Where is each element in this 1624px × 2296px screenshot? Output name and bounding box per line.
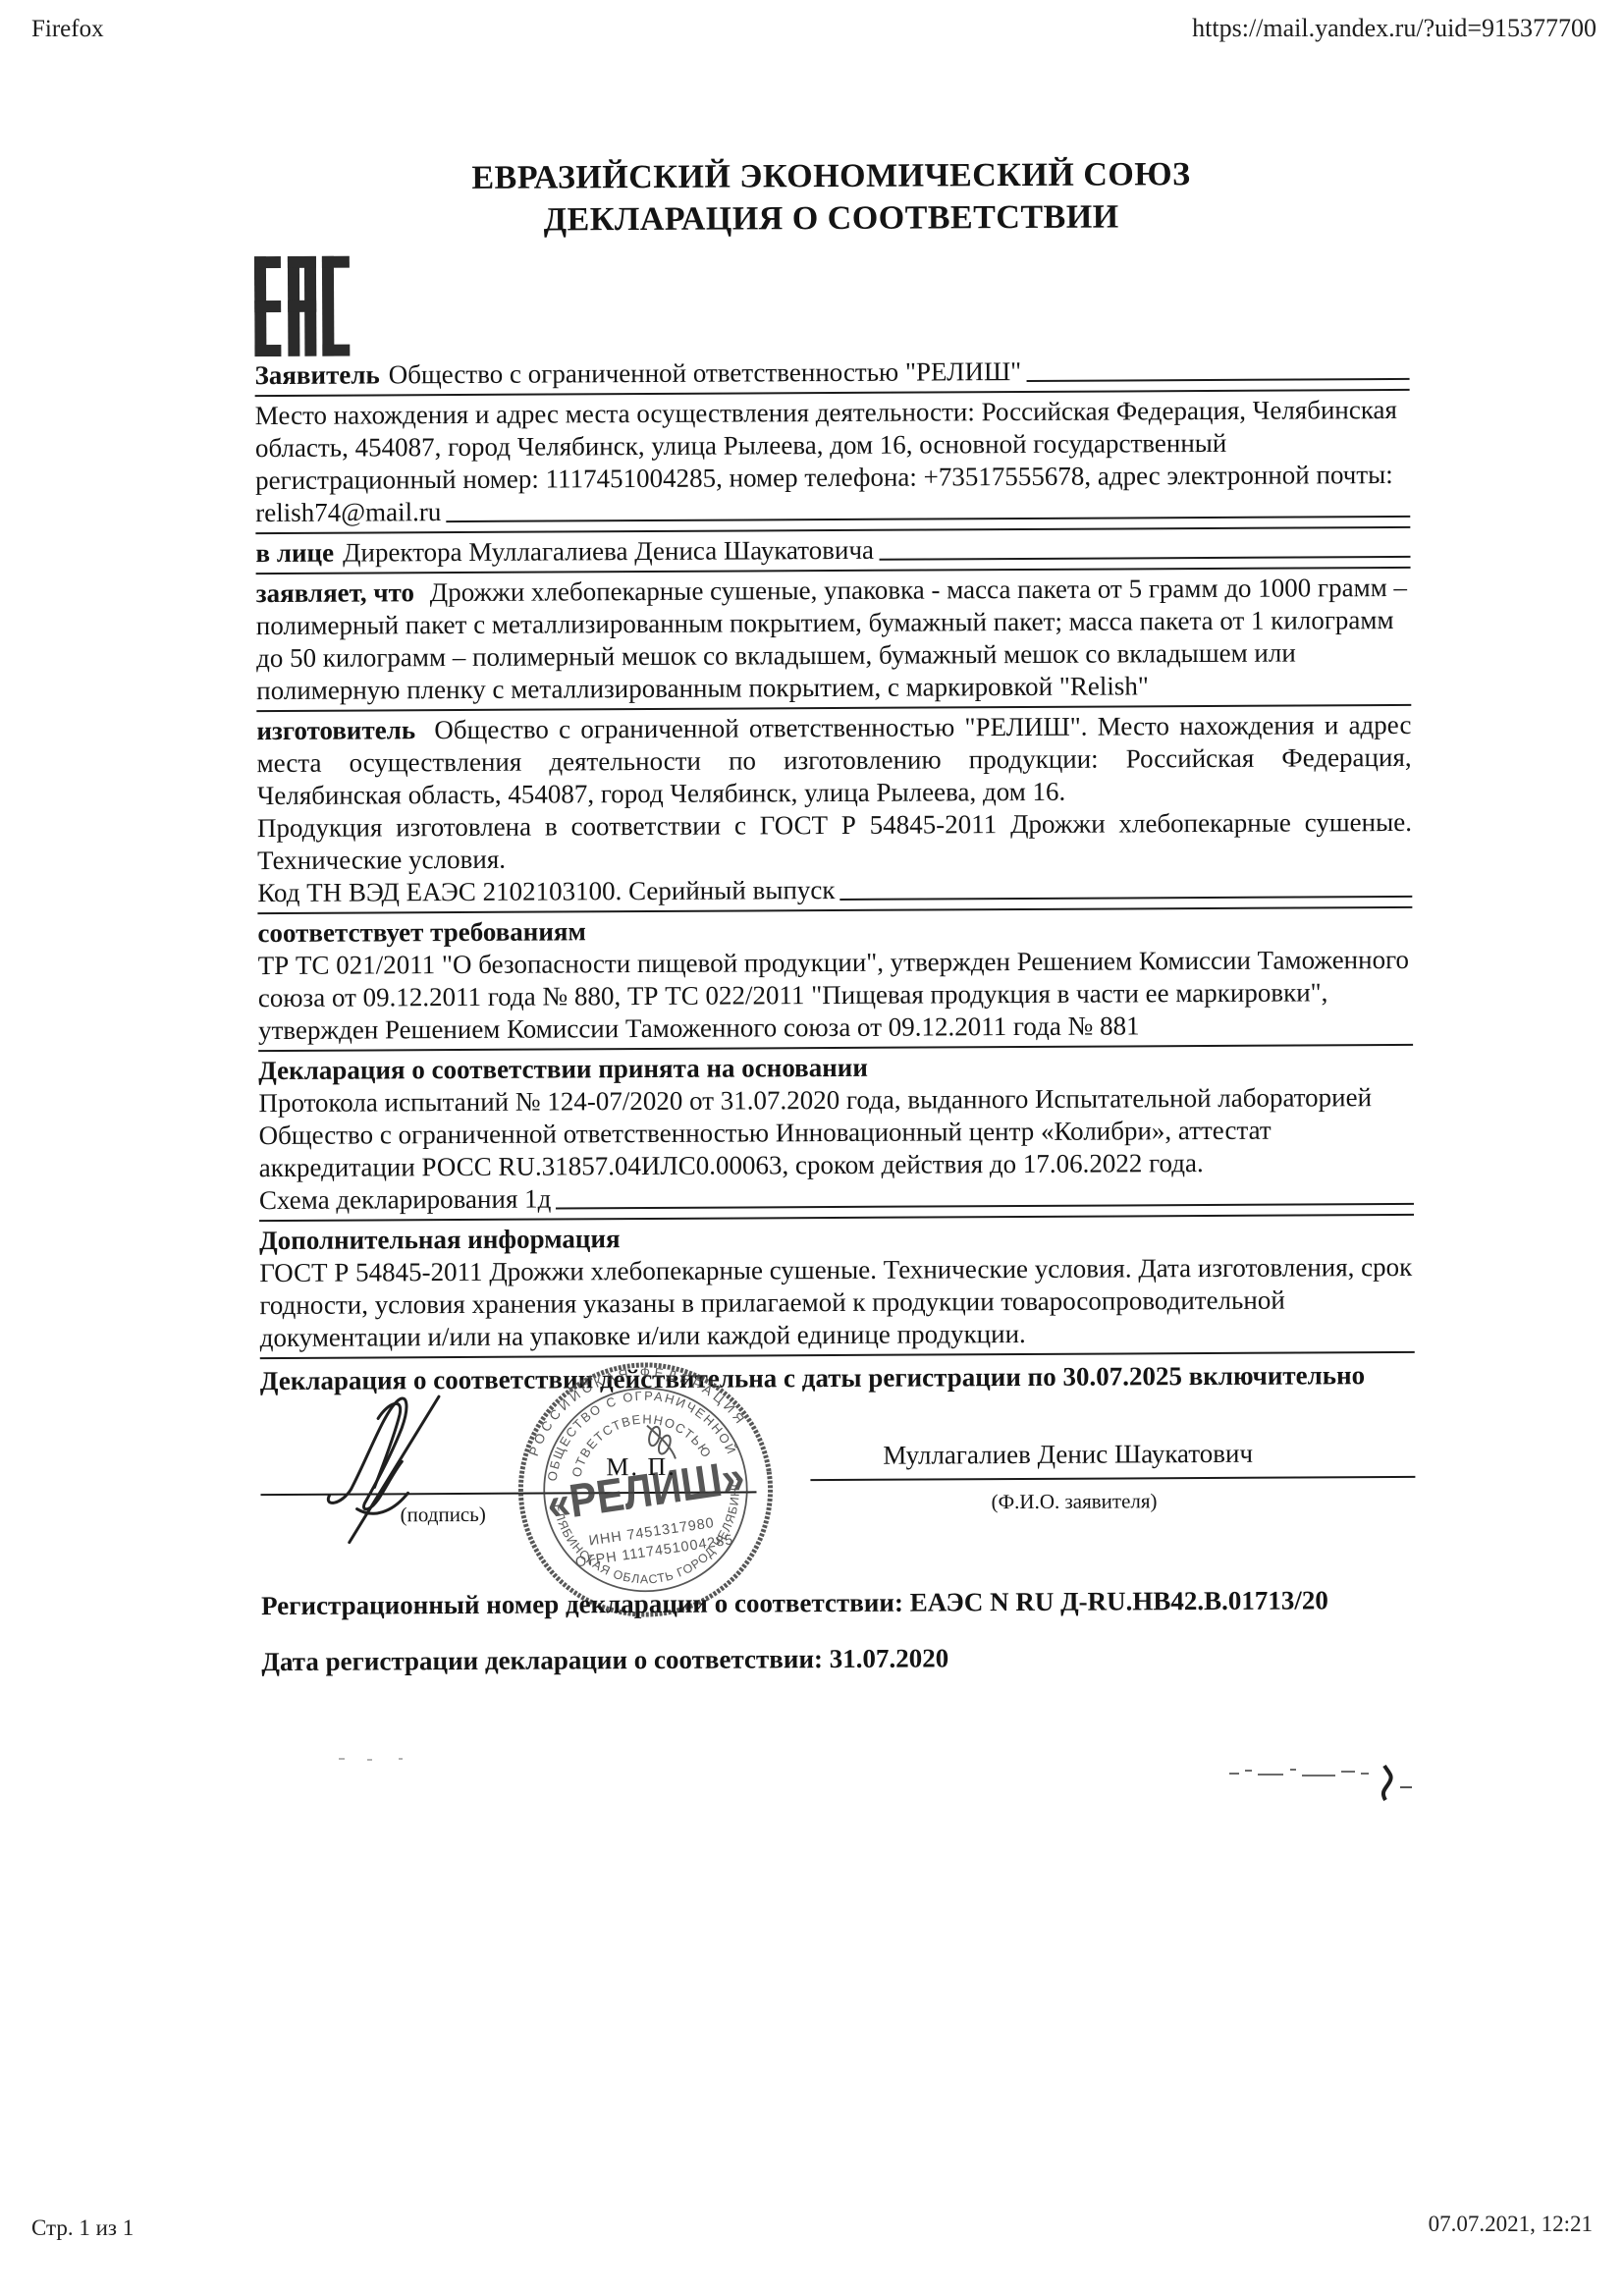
applicant-fio: Муллагалиев Денис Шаукатович [883, 1438, 1253, 1472]
stamp-place-label: М. П. [606, 1450, 677, 1483]
basis-section: Декларация о соответствии принята на осн… [258, 1046, 1414, 1222]
basis-text: Протокола испытаний № 124-07/2020 от 31.… [258, 1081, 1414, 1184]
email-row: relish74@mail.ru [255, 491, 1410, 529]
rule-filler [446, 516, 1410, 522]
in-person-row: в лице Директора Муллагалиева Дениса Шау… [255, 531, 1410, 570]
applicant-section: Заявитель Общество с ограниченной ответс… [254, 351, 1409, 397]
rule-filler [556, 1203, 1414, 1210]
declares-value: Дрожжи хлебопекарные сушеные, упаковка -… [256, 573, 1407, 705]
additional-info-section: Дополнительная информация ГОСТ Р 54845-2… [259, 1216, 1415, 1359]
title-line1: ЕВРАЗИЙСКИЙ ЭКОНОМИЧЕСКИЙ СОЮЗ [253, 152, 1408, 200]
printed-page: { "header": { "app": "Firefox", "url": "… [0, 0, 1624, 2296]
compliance-section: соответствует требованиям ТР ТС 021/2011… [257, 908, 1413, 1052]
fio-line [810, 1476, 1415, 1481]
declares-section: заявляет, что Дрожжи хлебопекарные сушен… [256, 569, 1412, 712]
address-text: Место нахождения и адрес места осуществл… [255, 394, 1411, 497]
scheme-value: Схема декларирования 1д [259, 1183, 552, 1218]
rule-filler [1026, 378, 1409, 382]
scan-artifact-dots [334, 1750, 422, 1773]
tnved-value: Код ТН ВЭД ЕАЭС 2102103100. Серийный вып… [257, 874, 835, 909]
eac-logo-icon [254, 333, 350, 363]
title-line2: ДЕКЛАРАЦИЯ О СООТВЕТСТВИИ [254, 194, 1409, 243]
declaration-document: ЕВРАЗИЙСКИЙ ЭКОНОМИЧЕСКИЙ СОЮЗ ДЕКЛАРАЦИ… [253, 0, 1417, 1678]
in-person-section: в лице Директора Муллагалиева Дениса Шау… [255, 528, 1410, 574]
additional-text: ГОСТ Р 54845-2011 Дрожжи хлебопекарные с… [259, 1251, 1415, 1354]
manufacturer-paragraph: изготовитель Общество с ограниченной отв… [256, 709, 1412, 812]
registration-number: Регистрационный номер декларации о соотв… [261, 1584, 1416, 1622]
in-person-label: в лице [255, 537, 334, 570]
manufacturer-label: изготовитель [256, 715, 415, 745]
scan-artifact-scribble [1225, 1758, 1436, 1814]
signature-area: (подпись) РОССИЙСКАЯ ФЕДЕРАЦИЯ ОБЩЕСТВО … [260, 1397, 1416, 1572]
print-footer-datetime: 07.07.2021, 12:21 [1429, 2212, 1593, 2237]
registration-date: Дата регистрации декларации о соответств… [261, 1640, 1416, 1678]
manufacturer-value: Общество с ограниченной ответственностью… [257, 710, 1412, 810]
declares-label: заявляет, что [256, 577, 414, 608]
complies-text: ТР ТС 021/2011 "О безопасности пищевой п… [258, 944, 1414, 1047]
in-person-value: Директора Муллагалиева Дениса Шаукатович… [343, 534, 874, 570]
applicant-value: Общество с ограниченной ответственностью… [389, 355, 1022, 391]
address-section: Место нахождения и адрес места осуществл… [255, 391, 1411, 534]
rule-filler [879, 556, 1410, 561]
production-gost-text: Продукция изготовлена в соответствии с Г… [257, 806, 1412, 877]
print-footer-page-info: Стр. 1 из 1 [31, 2215, 134, 2241]
tnved-row: Код ТН ВЭД ЕАЭС 2102103100. Серийный вып… [257, 871, 1412, 909]
declares-paragraph: заявляет, что Дрожжи хлебопекарные сушен… [256, 572, 1412, 707]
handwritten-signature-icon [321, 1393, 469, 1558]
rule-filler [840, 896, 1413, 901]
document-title: ЕВРАЗИЙСКИЙ ЭКОНОМИЧЕСКИЙ СОЮЗ ДЕКЛАРАЦИ… [253, 152, 1408, 243]
email-value: relish74@mail.ru [255, 496, 441, 529]
scheme-row: Схема декларирования 1д [259, 1178, 1414, 1217]
manufacturer-section: изготовитель Общество с ограниченной отв… [256, 706, 1412, 914]
print-header-app: Firefox [31, 16, 104, 43]
applicant-row: Заявитель Общество с ограниченной ответс… [254, 354, 1409, 392]
fio-caption: (Ф.И.О. заявителя) [991, 1485, 1157, 1518]
eac-mark-logo [254, 250, 1410, 356]
applicant-label: Заявитель [254, 358, 379, 392]
